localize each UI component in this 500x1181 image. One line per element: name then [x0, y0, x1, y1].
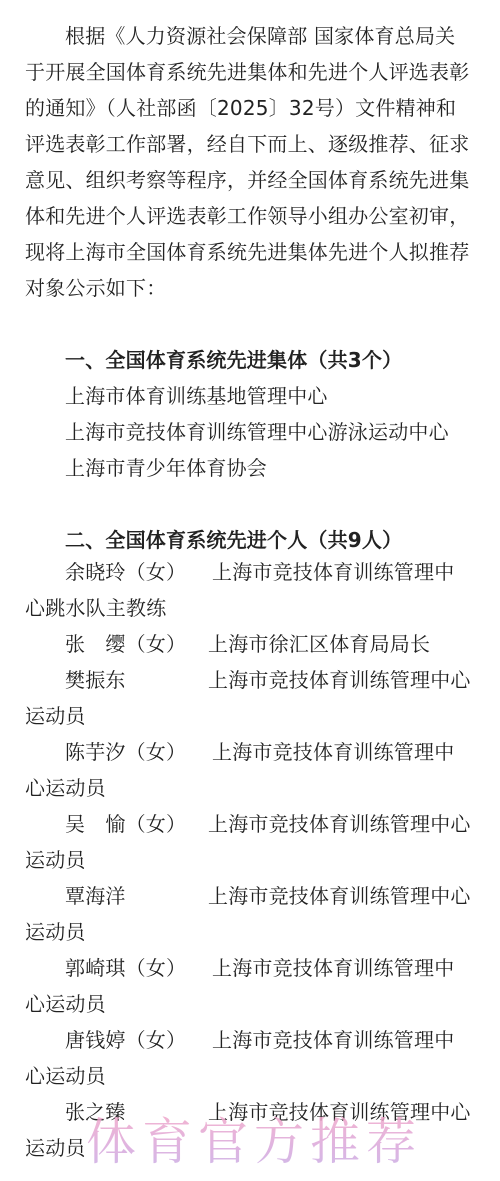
person-org: 上海市竞技体育训练管理中心	[208, 882, 471, 910]
intro-line: 评选表彰工作部署，经自下而上、逐级推荐、征求	[25, 130, 469, 158]
watermark: 体育官方推荐	[86, 1112, 422, 1172]
collective-item: 上海市竞技体育训练管理中心游泳运动中心	[65, 418, 449, 446]
person-org: 上海市竞技体育训练管理中	[212, 1026, 454, 1054]
person-name: 张 缨（女）	[65, 630, 186, 658]
intro-line: 根据《人力资源社会保障部 国家体育总局关	[65, 22, 455, 50]
intro-line: 体和先进个人评选表彰工作领导小组办公室初审，	[25, 202, 469, 230]
person-org: 上海市竞技体育训练管理中心	[208, 810, 471, 838]
person-org: 上海市徐汇区体育局局长	[208, 630, 430, 658]
person-name: 郭崎琪（女）	[65, 954, 186, 982]
section-heading-individuals: 二、全国体育系统先进个人（共9人）	[65, 526, 402, 554]
person-org-cont: 运动员	[25, 918, 86, 946]
section-heading-collectives: 一、全国体育系统先进集体（共3个）	[65, 346, 402, 374]
intro-line: 现将上海市全国体育系统先进集体先进个人拟推荐	[25, 238, 469, 266]
person-org-cont: 运动员	[25, 1134, 86, 1162]
person-org-cont: 心运动员	[25, 1062, 106, 1090]
intro-line: 对象公示如下：	[25, 274, 166, 302]
person-name: 唐钱婷（女）	[65, 1026, 186, 1054]
person-org-cont: 心运动员	[25, 774, 106, 802]
collective-item: 上海市体育训练基地管理中心	[65, 382, 328, 410]
person-org: 上海市竞技体育训练管理中	[212, 738, 454, 766]
person-org: 上海市竞技体育训练管理中	[212, 954, 454, 982]
intro-line: 于开展全国体育系统先进集体和先进个人评选表彰	[25, 58, 469, 86]
person-name: 吴 愉（女）	[65, 810, 186, 838]
person-name: 陈芋汐（女）	[65, 738, 186, 766]
person-org-cont: 运动员	[25, 702, 86, 730]
intro-line: 意见、组织考察等程序，并经全国体育系统先进集	[25, 166, 469, 194]
person-org: 上海市竞技体育训练管理中	[212, 558, 454, 586]
person-org: 上海市竞技体育训练管理中心	[208, 666, 471, 694]
person-name: 樊振东	[65, 666, 126, 694]
person-org-cont: 运动员	[25, 846, 86, 874]
person-org-cont: 心跳水队主教练	[25, 594, 166, 622]
person-name: 余晓玲（女）	[65, 558, 186, 586]
person-org-cont: 心运动员	[25, 990, 106, 1018]
person-name: 覃海洋	[65, 882, 126, 910]
collective-item: 上海市青少年体育协会	[65, 454, 267, 482]
intro-line: 的通知》（人社部函〔2025〕32号）文件精神和	[25, 94, 456, 122]
